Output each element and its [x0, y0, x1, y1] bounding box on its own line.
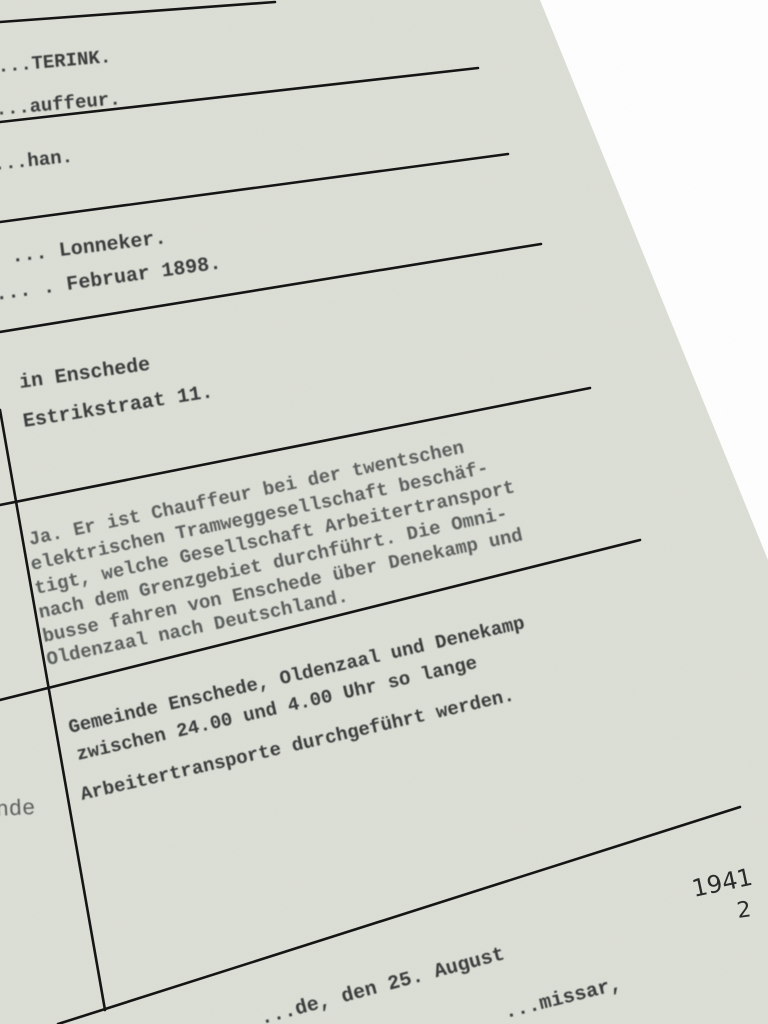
left-label-fragment: nde	[0, 796, 36, 823]
document-photo: ...TERINK. ...auffeur. ...han. ... Lonne…	[0, 0, 768, 1024]
